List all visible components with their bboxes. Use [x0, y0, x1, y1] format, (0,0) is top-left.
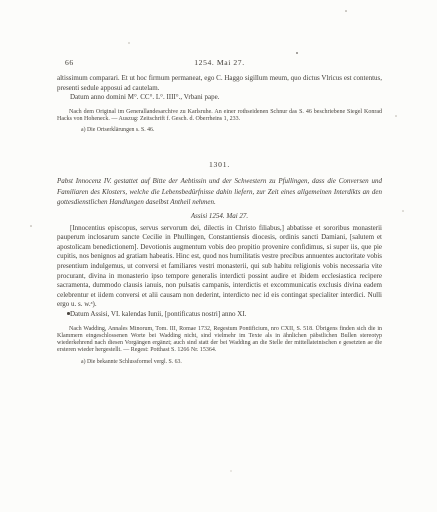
- entry-1301: 1301. Pabst Innocenz IV. gestattet auf B…: [57, 160, 382, 365]
- entry-number: 1301.: [57, 160, 382, 169]
- scan-speckle: [67, 312, 70, 315]
- source-note: Nach dem Original im Generallandesarchiv…: [57, 109, 382, 124]
- footnote: a) Die Ortserklärungen s. S. 46.: [81, 127, 382, 134]
- scan-speckle: [296, 52, 298, 54]
- scan-speckle: [128, 42, 130, 44]
- dateline: Assisi 1254. Mai 27.: [57, 212, 382, 221]
- scan-speckle: [395, 115, 397, 117]
- scanned-page: 66 1254. Mai 27. altissimum comparari. E…: [0, 0, 437, 512]
- page-header: 66 1254. Mai 27.: [57, 58, 382, 68]
- scan-speckle: [345, 10, 347, 12]
- source-note: Nach Wadding, Annales Minorum, Tom. III,…: [57, 326, 382, 355]
- charter-text-continuation: altissimum comparari. Et ut hoc firmum p…: [57, 74, 382, 93]
- page-content: 66 1254. Mai 27. altissimum comparari. E…: [57, 58, 382, 366]
- datum-line: Datum Assisi, VI. kalendas Iunii, [ponti…: [57, 310, 382, 320]
- datum-line: Datum anno domini M°. CC°. L°. IIII°., V…: [57, 93, 382, 103]
- scan-speckle: [230, 470, 232, 472]
- scan-speckle: [402, 210, 404, 212]
- scan-speckle: [30, 225, 32, 227]
- footnote: a) Die bekannte Schlussformel vergl. S. …: [81, 359, 382, 366]
- running-head: 1254. Mai 27.: [57, 58, 382, 68]
- charter-text: [Innocentius episcopus, servus servorum …: [57, 224, 382, 310]
- regest-summary: Pabst Innocenz IV. gestattet auf Bitte d…: [57, 176, 382, 207]
- entry-previous: altissimum comparari. Et ut hoc firmum p…: [57, 74, 382, 134]
